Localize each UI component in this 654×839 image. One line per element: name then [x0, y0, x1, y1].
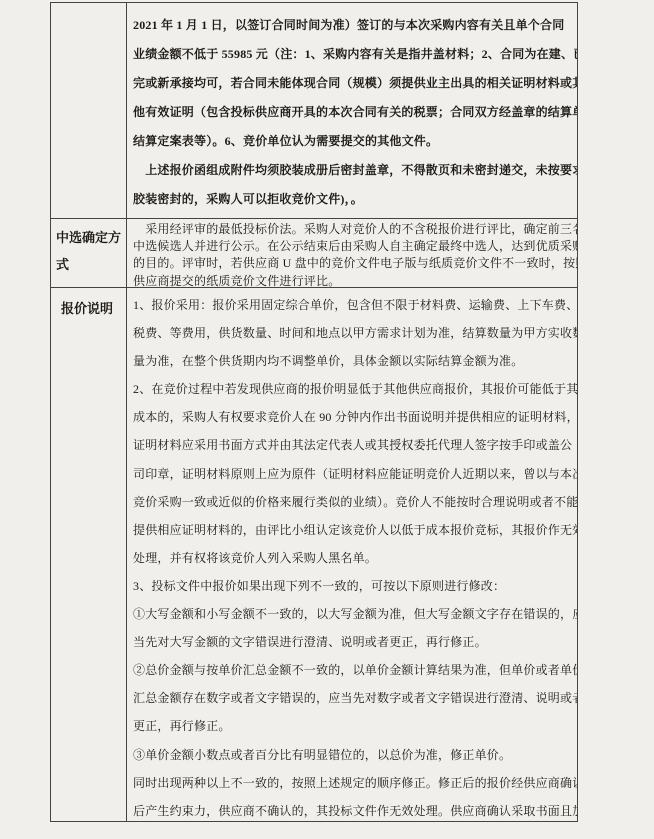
- text-line: 采用经评审的最低投标价法。采购人对竞价人的不含税报价进行评比，确定前三名: [133, 221, 572, 238]
- row-label-cell: 中选确定方式: [51, 219, 127, 287]
- text-line: ①大写金额和小写金额不一致的，以大写金额为准，但大写金额文字存在错误的，应: [133, 600, 572, 628]
- label-text-line: 报价说明: [61, 295, 124, 322]
- text-line: 2021 年 1 月 1 日，以签订合同时间为准）签订的与本次采购内容有关且单个…: [133, 11, 572, 40]
- label-text-line: 中选确定方: [56, 224, 124, 251]
- text-line: 胶装密封的，采购人可以拒收竞价文件)，。: [133, 185, 572, 214]
- table-row-quotation-notes: 报价说明 1、报价采用：报价采用固定综合单价，包含但不限于材料费、运输费、上下车…: [51, 287, 577, 821]
- procurement-terms-table: 2021 年 1 月 1 日，以签订合同时间为准）签订的与本次采购内容有关且单个…: [50, 2, 578, 822]
- row-label-cell: [51, 3, 127, 218]
- text-line: ②总价金额与按单价汇总金额不一致的，以单价金额计算结果为准，但单价或者单价: [133, 656, 572, 684]
- text-line: 1、报价采用：报价采用固定综合单价，包含但不限于材料费、运输费、上下车费、: [133, 291, 572, 319]
- text-line: 更正，再行修正。: [133, 712, 572, 740]
- label-text-line: 式: [56, 251, 124, 278]
- text-line: 同时出现两种以上不一致的，按照上述规定的顺序修正。修正后的报价经供应商确认: [133, 769, 572, 797]
- table-row-quotation-attachments: 2021 年 1 月 1 日，以签订合同时间为准）签订的与本次采购内容有关且单个…: [51, 3, 577, 218]
- text-line: 业绩金额不低于 55985 元（注：1、采购内容有关是指井盖材料；2、合同为在建…: [133, 40, 572, 69]
- text-line: 后产生约束力，供应商不确认的，其投标文件作无效处理。供应商确认采取书面且加: [133, 797, 572, 821]
- table-row-winner-determination: 中选确定方式 采用经评审的最低投标价法。采购人对竞价人的不含税报价进行评比，确定…: [51, 218, 577, 287]
- row-label-cell: 报价说明: [51, 288, 127, 821]
- text-line: 汇总金额存在数字或者文字错误的，应当先对数字或者文字错误进行澄清、说明或者: [133, 684, 572, 712]
- text-line: ③单价金额小数点或者百分比有明显错位的，以总价为准，修正单价。: [133, 741, 572, 769]
- text-line: 上述报价函组成附件均须胶装成册后密封盖章，不得散页和未密封递交，未按要求: [133, 156, 572, 185]
- text-line: 证明材料应采用书面方式并由其法定代表人或其授权委托代理人签字按手印或盖公: [133, 431, 572, 459]
- text-line: 税费、等费用，供货数量、时间和地点以甲方需求计划为准，结算数量为甲方实收数: [133, 319, 572, 347]
- row-content-cell: 2021 年 1 月 1 日，以签订合同时间为准）签订的与本次采购内容有关且单个…: [127, 3, 577, 218]
- text-line: 当先对大写金额的文字错误进行澄清、说明或者更正，再行修正。: [133, 628, 572, 656]
- text-line: 的目的。评审时，若供应商 U 盘中的竞价文件电子版与纸质竞价文件不一致时，按照: [133, 255, 572, 272]
- text-line: 量为准，在整个供货期内均不调整单价，具体金额以实际结算金额为准。: [133, 347, 572, 375]
- text-line: 供应商提交的纸质竞价文件进行评比。: [133, 273, 572, 287]
- text-line: 竞价采购一致或近似的价格来履行类似的业绩）。竞价人不能按时合理说明或者不能: [133, 488, 572, 516]
- text-line: 中选候选人并进行公示。在公示结束后由采购人自主确定最终中选人，达到优质采购: [133, 238, 572, 255]
- row-content-cell: 采用经评审的最低投标价法。采购人对竞价人的不含税报价进行评比，确定前三名中选候选…: [127, 219, 577, 287]
- text-line: 司印章，证明材料原则上应为原件（证明材料应能证明竞价人近期以来，曾以与本次: [133, 460, 572, 488]
- text-line: 处理，并有权将该竞价人列入采购人黑名单。: [133, 544, 572, 572]
- text-line: 2、在竞价过程中若发现供应商的报价明显低于其他供应商报价，其报价可能低于其: [133, 375, 572, 403]
- text-line: 提供相应证明材料的，由评比小组认定该竞价人以低于成本报价竞标，其报价作无效: [133, 516, 572, 544]
- text-line: 他有效证明（包含投标供应商开具的本次合同有关的税票；合同双方经盖章的结算单、: [133, 98, 572, 127]
- text-line: 完或新承接均可，若合同未能体现合同（规模）须提供业主出具的相关证明材料或其: [133, 69, 572, 98]
- row-content-cell: 1、报价采用：报价采用固定综合单价，包含但不限于材料费、运输费、上下车费、税费、…: [127, 288, 577, 821]
- text-line: 3、投标文件中报价如果出现下列不一致的，可按以下原则进行修改：: [133, 572, 572, 600]
- text-line: 成本的，采购人有权要求竞价人在 90 分钟内作出书面说明并提供相应的证明材料，: [133, 403, 572, 431]
- text-line: 结算定案表等）。6、竞价单位认为需要提交的其他文件。: [133, 127, 572, 156]
